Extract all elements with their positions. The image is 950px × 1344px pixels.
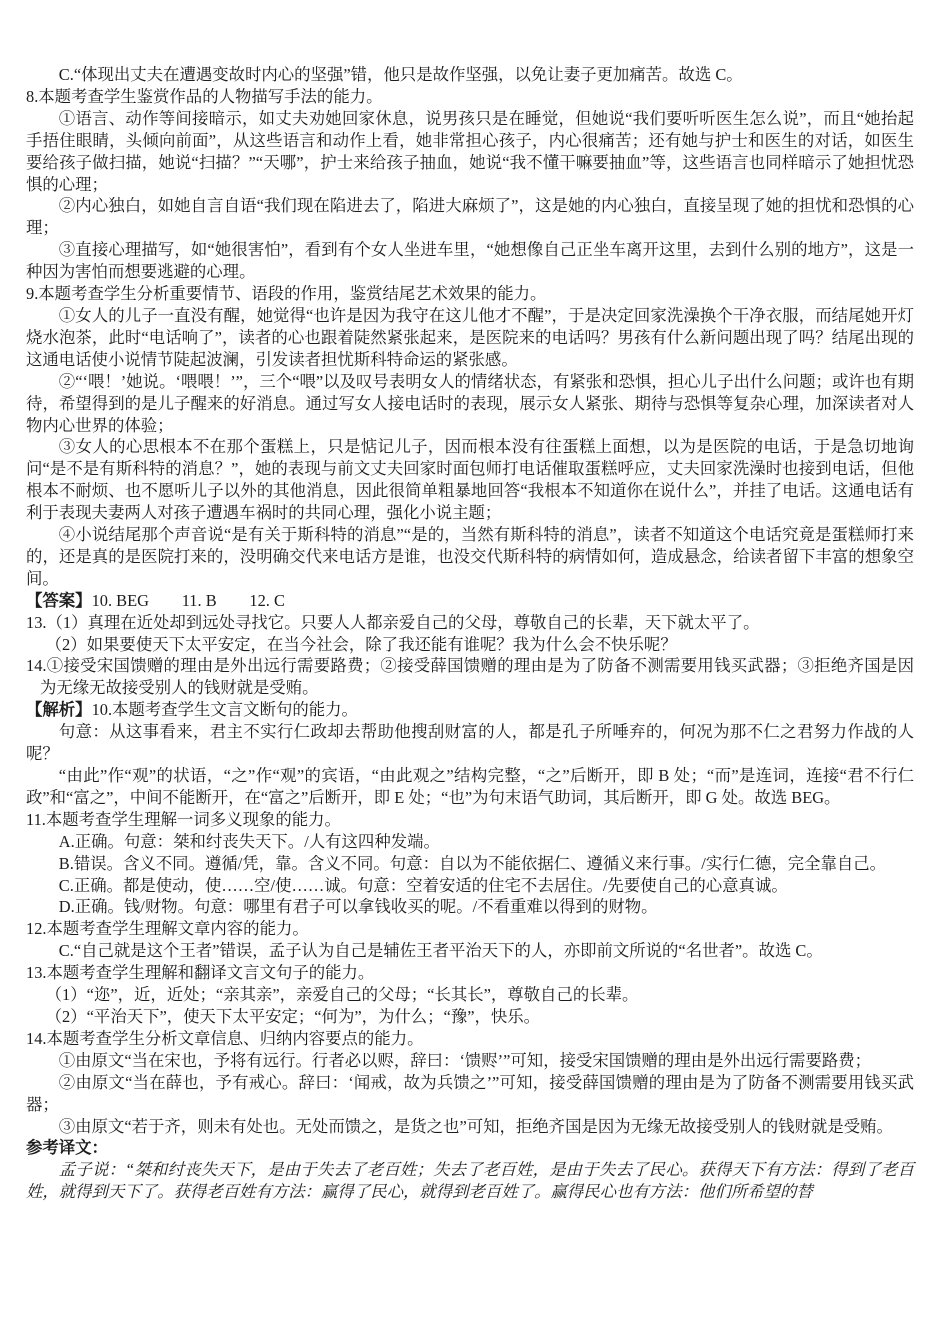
q13-gloss-1: （1）“迩”，近，近处；“亲其亲”，亲爱自己的父母；“长其长”，尊敬自己的长辈。 [46,984,914,1006]
document-page: C.“体现出丈夫在遭遇变故时内心的坚强”错，他只是故作坚强，以免让妻子更加痛苦。… [0,0,950,1344]
reference-translation-heading: 参考译文： [26,1137,914,1159]
answer-13-part1: 13.（1）真理在近处却到远处寻找它。只要人人都亲爱自己的父母，尊敬自己的长辈，… [26,612,914,634]
question-8-heading: 8.本题考查学生鉴赏作品的人物描写手法的能力。 [26,86,914,108]
question-13-heading: 13.本题考查学生理解和翻译文言文句子的能力。 [26,962,914,984]
q9-point-1: ①女人的儿子一直没有醒，她觉得“也许是因为我守在这儿他才不醒”，于是决定回家洗澡… [26,305,914,371]
question-11-heading: 11.本题考查学生理解一词多义现象的能力。 [26,809,914,831]
q9-point-3: ③女人的心思根本不在那个蛋糕上，只是惦记儿子，因而根本没有往蛋糕上面想，以为是医… [26,436,914,524]
q14-point-2: ②由原文“当在薛也，予有戒心。辞曰：‘闻戒，故为兵馈之’”可知，接受薛国馈赠的理… [26,1072,914,1116]
answer-values: 10. BEG 11. B 12. C [92,591,285,610]
answer-line: 【答案】10. BEG 11. B 12. C [26,590,914,612]
q14-point-1: ①由原文“当在宋也，予将有远行。行者必以赆，辞曰：‘馈赆’”可知，接受宋国馈赠的… [26,1050,914,1072]
question-12-heading: 12.本题考查学生理解文章内容的能力。 [26,918,914,940]
reference-translation-body: 孟子说：“桀和纣丧失天下，是由于失去了老百姓；失去了老百姓，是由于失去了民心。获… [26,1159,914,1203]
answer-13-part2: （2）如果要使天下太平安定，在当今社会，除了我还能有谁呢？我为什么会不快乐呢？ [46,634,914,656]
question-14-heading: 14.本题考查学生分析文章信息、归纳内容要点的能力。 [26,1028,914,1050]
q9-point-2: ②“‘喂！’她说。‘喂喂！’”，三个“喂”以及叹号表明女人的情绪状态，有紧张和恐… [26,371,914,437]
q8-point-3: ③直接心理描写，如“她很害怕”，看到有个女人坐进车里，“她想像自己正坐车离开这里… [26,239,914,283]
answer-choice-analysis-7c: C.“体现出丈夫在遭遇变故时内心的坚强”错，他只是故作坚强，以免让妻子更加痛苦。… [26,64,914,86]
q14-point-3: ③由原文“若于齐，则未有处也。无处而馈之，是货之也”可知，拒绝齐国是因为无缘无故… [26,1116,914,1138]
answer-14: 14.①接受宋国馈赠的理由是外出远行需要路费；②接受薛国馈赠的理由是为了防备不测… [26,655,914,699]
q9-point-4: ④小说结尾那个声音说“是有关于斯科特的消息”“是的，当然有斯科特的消息”，读者不… [26,524,914,590]
analysis-q10-heading: 10.本题考查学生文言文断句的能力。 [92,700,358,719]
answer-label: 【答案】 [26,591,92,610]
q11-option-c: C.正确。都是使动，使……空/使……诚。句意：空着安适的住宅不去居住。/先要使自… [26,875,914,897]
q8-point-1: ①语言、动作等间接暗示，如丈夫劝她回家休息，说男孩只是在睡觉，但她说“我们要听听… [26,108,914,196]
q13-gloss-2: （2）“平治天下”，使天下太平安定；“何为”，为什么；“豫”，快乐。 [46,1006,914,1028]
q10-sentence-meaning: 句意：从这事看来，君主不实行仁政却去帮助他搜刮财富的人，都是孔子所唾弃的，何况为… [26,721,914,765]
q10-breakdown: “由此”作“观”的状语，“之”作“观”的宾语，“由此观之”结构完整，“之”后断开… [26,765,914,809]
analysis-line: 【解析】10.本题考查学生文言文断句的能力。 [26,699,914,721]
analysis-label: 【解析】 [26,700,92,719]
q11-option-a: A.正确。句意：桀和纣丧失天下。/人有这四种发端。 [26,831,914,853]
q8-point-2: ②内心独白，如她自言自语“我们现在陷进去了，陷进大麻烦了”，这是她的内心独白，直… [26,195,914,239]
q11-option-d: D.正确。钱/财物。句意：哪里有君子可以拿钱收买的呢。/不看重难以得到的财物。 [26,896,914,918]
q11-option-b: B.错误。含义不同。遵循/凭，靠。含义不同。句意：自以为不能依据仁、遵循义来行事… [26,853,914,875]
question-9-heading: 9.本题考查学生分析重要情节、语段的作用，鉴赏结尾艺术效果的能力。 [26,283,914,305]
q12-option-c: C.“自己就是这个王者”错误，孟子认为自己是辅佐王者平治天下的人，亦即前文所说的… [26,940,914,962]
